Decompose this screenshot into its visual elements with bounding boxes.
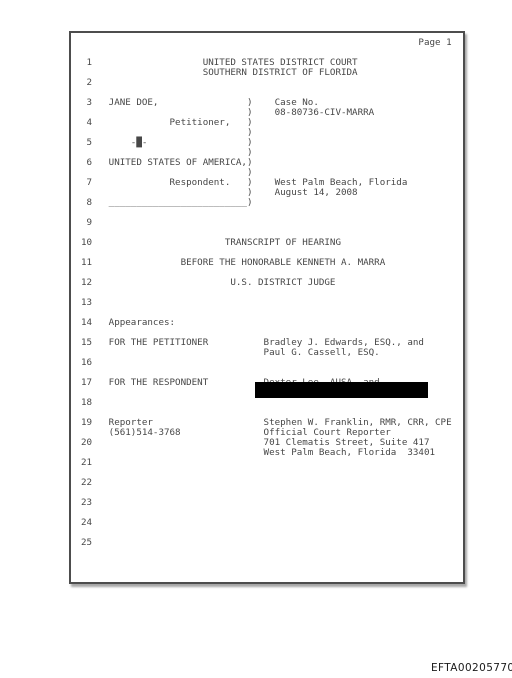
scanned-document-canvas: Page 1 1 UNITED STATES DISTRICT COURT SO… [0,0,512,678]
bates-stamp: EFTA00205770 [431,662,512,674]
transcript-text: Page 1 1 UNITED STATES DISTRICT COURT SO… [81,38,452,548]
redaction-bar [255,382,428,398]
transcript-page: Page 1 1 UNITED STATES DISTRICT COURT SO… [69,31,465,584]
